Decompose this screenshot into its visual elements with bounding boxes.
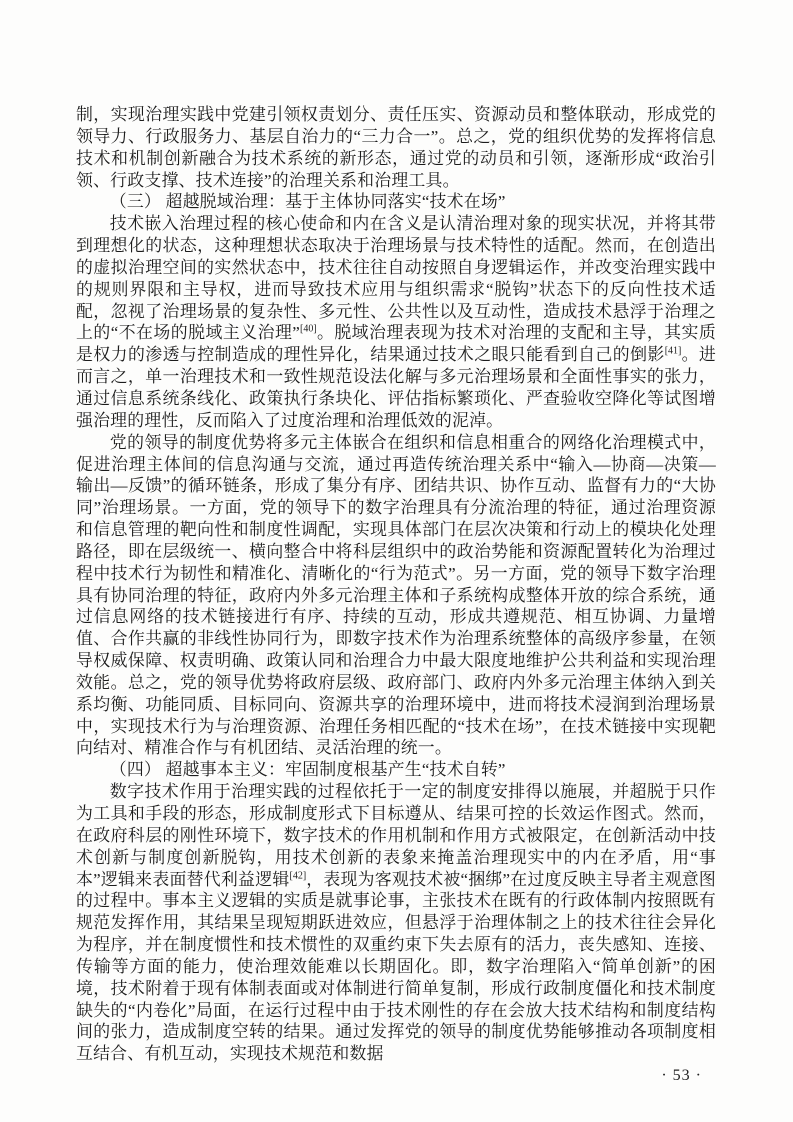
- section-heading-four: （四） 超越事本主义：牢固制度根基产生“技术自转”: [76, 759, 716, 781]
- section-heading-three: （三） 超越脱域治理：基于主体协同落实“技术在场”: [76, 191, 716, 213]
- paragraph-beyond-task-based-logic: 数字技术作用于治理实践的过程依托于一定的制度安排得以施展，并超脱于只作为工具和手…: [76, 781, 716, 1065]
- paragraph-continuation: 制，实现治理实践中党建引领权责划分、责任压实、资源动员和整体联动，形成党的领导力…: [76, 104, 716, 191]
- footnote-ref-41: [41]: [665, 346, 682, 357]
- footnote-ref-40: [40]: [300, 324, 317, 335]
- document-page: 制，实现治理实践中党建引领权责划分、责任压实、资源动员和整体联动，形成党的领导力…: [0, 0, 793, 1122]
- paragraph-beyond-disembedded-governance: 技术嵌入治理过程的核心使命和内在含义是认清治理对象的现实状况，并将其带到理想化的…: [76, 213, 716, 431]
- paragraph-text: ，表现为客观技术被“捆绑”在过度反映主导者主观意图的过程中。事本主义逻辑的实质是…: [76, 870, 716, 1064]
- page-number: · 53 ·: [76, 1065, 716, 1087]
- text-column: 制，实现治理实践中党建引领权责划分、责任压实、资源动员和整体联动，形成党的领导力…: [76, 104, 716, 1087]
- footnote-ref-42: [42]: [289, 870, 306, 881]
- paragraph-party-leadership-network-governance: 党的领导的制度优势将多元主体嵌合在组织和信息相重合的网络化治理模式中，促进治理主…: [76, 432, 716, 760]
